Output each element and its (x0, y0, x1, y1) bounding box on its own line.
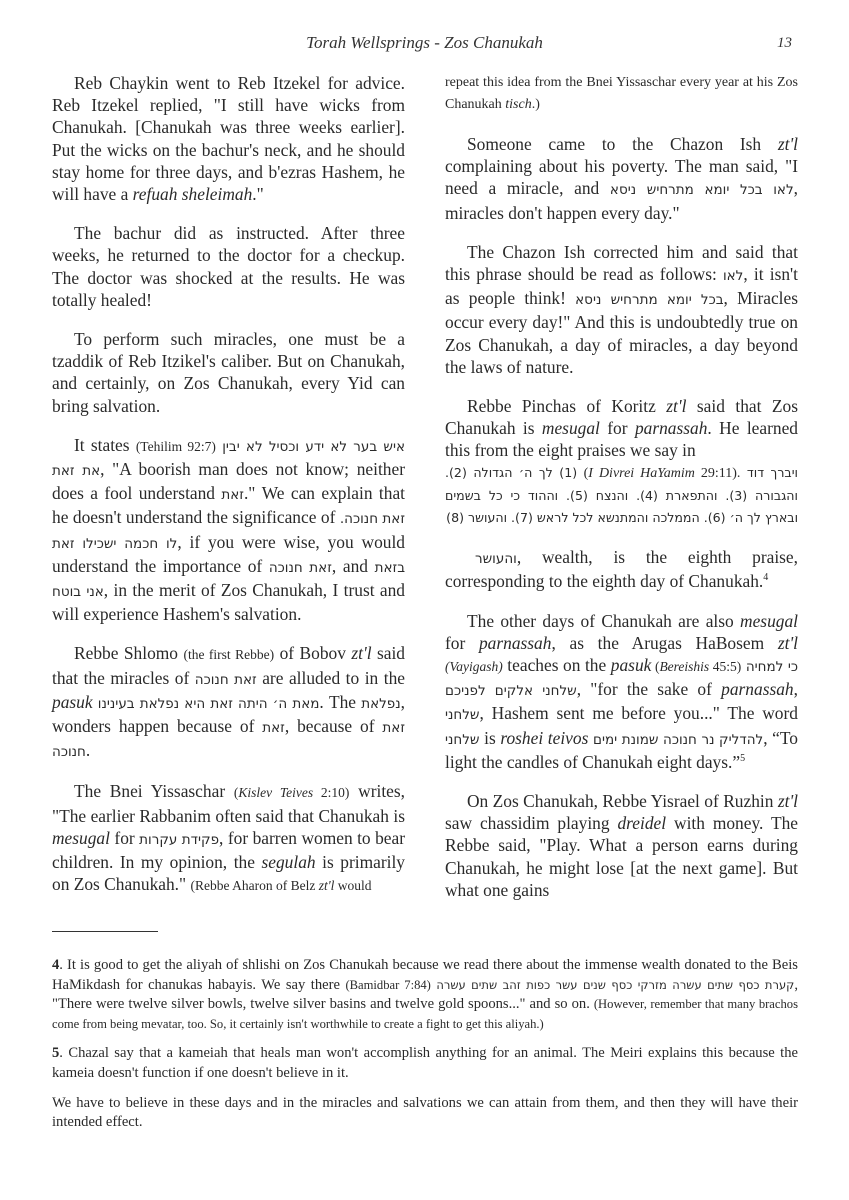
paragraph-reb-chaykin: Reb Chaykin went to Reb Itzekel for advi… (52, 72, 405, 205)
paragraph-arugas-habosem: The other days of Chanukah are also mesu… (445, 610, 798, 773)
page-number: 13 (777, 35, 792, 52)
footnote-5: 5. Chazal say that a kameiah that heals … (52, 1044, 798, 1083)
running-head: Torah Wellsprings - Zos Chanukah 13 (0, 33, 849, 57)
footnote-ref-4[interactable]: 4 (763, 573, 768, 584)
paragraph-perform-miracles: To perform such miracles, one must be a … (52, 328, 405, 417)
paragraph-bobov: Rebbe Shlomo (the first Rebbe) of Bobov … (52, 642, 405, 763)
paragraph-belz-continuation: repeat this idea from the Bnei Yissascha… (445, 72, 798, 116)
paragraph-koritz-hebrew-praises: ויברך דוד (I Divrei HaYamim 29:11). (1) … (445, 462, 798, 530)
right-column: repeat this idea from the Bnei Yissascha… (445, 72, 798, 912)
footnote-5-continuation: We have to believe in these days and in … (52, 1094, 798, 1133)
paragraph-tehilim: It states (Tehilim 92:7) איש בער לא ידע … (52, 434, 405, 626)
paragraph-eighth-praise: והעושר, wealth, is the eighth praise, co… (445, 546, 798, 592)
footnote-4: 4. It is good to get the aliyah of shlis… (52, 956, 798, 1034)
footnote-divider (52, 931, 158, 932)
left-column: Reb Chaykin went to Reb Itzekel for advi… (52, 72, 405, 912)
footnotes: 4. It is good to get the aliyah of shlis… (52, 956, 798, 1143)
paragraph-chazon-ish-poverty: Someone came to the Chazon Ish zt'l comp… (445, 133, 798, 224)
running-title: Torah Wellsprings - Zos Chanukah (0, 33, 849, 53)
paragraph-koritz-english: Rebbe Pinchas of Koritz zt'l said that Z… (445, 395, 798, 462)
paragraph-ruzhin-dreidel: On Zos Chanukah, Rebbe Yisrael of Ruzhin… (445, 790, 798, 901)
body-columns: Reb Chaykin went to Reb Itzekel for advi… (52, 72, 798, 912)
footnote-ref-5[interactable]: 5 (740, 753, 745, 764)
paragraph-chazon-ish-corrected: The Chazon Ish corrected him and said th… (445, 241, 798, 378)
paragraph-bachur-healed: The bachur did as instructed. After thre… (52, 222, 405, 311)
paragraph-koritz: Rebbe Pinchas of Koritz zt'l said that Z… (445, 395, 798, 529)
paragraph-bnei-yissaschar: The Bnei Yissaschar (Kislev Teives 2:10)… (52, 780, 405, 897)
